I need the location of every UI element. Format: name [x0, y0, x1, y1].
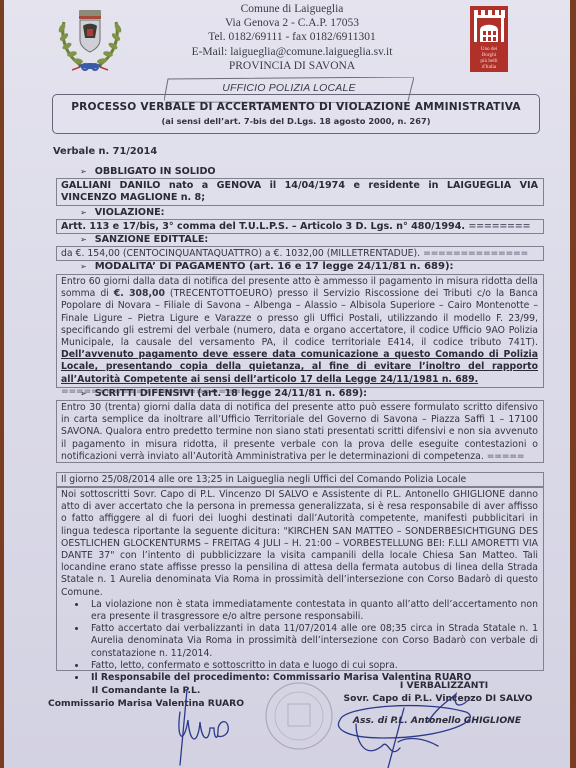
section-heading-sanzione: ➢SANZIONE EDITTALE: — [80, 234, 208, 245]
comune-address: Via Genova 2 - C.A.P. 17053 — [154, 16, 430, 30]
section-heading-violazione: ➢VIOLAZIONE: — [80, 207, 165, 218]
document-title: PROCESSO VERBALE DI ACCERTAMENTO DI VIOL… — [53, 101, 539, 113]
comune-crest-icon — [52, 4, 128, 76]
comandante-title: Il Comandante la P.L. — [46, 685, 246, 696]
scritti-box: Entro 30 (trenta) giorni dalla data di n… — [56, 400, 544, 463]
section-heading-pagamento: ➢MODALITA’ DI PAGAMENTO (art. 16 e 17 le… — [80, 261, 454, 272]
office-name: UFFICIO POLIZIA LOCALE — [164, 82, 414, 94]
comune-provincia: PROVINCIA DI SAVONA — [154, 59, 430, 73]
violazione-text: Artt. 113 e 17/bis, 3° comma del T.U.L.P… — [61, 221, 465, 232]
violazione-box: Artt. 113 e 17/bis, 3° comma del T.U.L.P… — [56, 219, 544, 234]
arrow-bullet-icon: ➢ — [80, 389, 87, 398]
narrative-bullets: La violazione non è stata immediatamente… — [61, 599, 538, 684]
arrow-bullet-icon: ➢ — [80, 167, 87, 176]
list-item: Fatto, letto, confermato e sottoscritto … — [87, 660, 538, 672]
arrow-bullet-icon: ➢ — [80, 262, 87, 271]
verbalizzanti-title: I VERBALIZZANTI — [334, 680, 554, 691]
verbale-number: Verbale n. 71/2014 — [53, 146, 157, 157]
section-heading-obbligato: ➢OBBLIGATO IN SOLIDO — [80, 166, 216, 177]
list-item: La violazione non è stata immediatamente… — [87, 599, 538, 623]
reduced-amount: €. 308,00 — [114, 288, 165, 299]
obbligato-box: GALLIANI DANILO nato a GENOVA il 14/04/1… — [56, 178, 544, 206]
comune-phone: Tel. 0182/69111 - fax 0182/6911301 — [154, 30, 430, 44]
arrow-bullet-icon: ➢ — [80, 208, 87, 217]
pagamento-box: Entro 60 giorni dalla data di notifica d… — [56, 274, 544, 388]
section-heading-scritti: ➢SCRITTI DIFENSIVI (art. 18 legge 24/11/… — [80, 388, 367, 399]
narrative-box: Noi sottoscritti Sovr. Capo di P.L. Vinc… — [56, 487, 544, 671]
payment-notice: Dell’avvenuto pagamento deve essere data… — [61, 349, 538, 384]
sanzione-text: da €. 154,00 (CENTOCINQUANTAQUATTRO) a €… — [61, 248, 420, 259]
verbalizzante-2: Ass. di P.L. Antonello GHIGLIONE — [322, 715, 552, 726]
date-line-box: Il giorno 25/08/2014 alle ore 13;25 in L… — [56, 472, 544, 487]
letterhead: Comune di Laigueglia Via Genova 2 - C.A.… — [4, 0, 570, 76]
document-title-box: PROCESSO VERBALE DI ACCERTAMENTO DI VIOL… — [52, 94, 540, 134]
document-page: Comune di Laigueglia Via Genova 2 - C.A.… — [4, 0, 570, 768]
borghi-piu-belli-icon: Uno dei Borghi più belli d'Italia — [470, 6, 508, 72]
verbalizzante-1: Sovr. Capo di P.L. Vincenzo DI SALVO — [318, 693, 558, 704]
list-item: Fatto accertato dai verbalizzanti in dat… — [87, 623, 538, 660]
document-subtitle: (ai sensi dell’art. 7-bis del D.Lgs. 18 … — [53, 116, 539, 126]
date-line: Il giorno 25/08/2014 alle ore 13;25 in L… — [61, 474, 466, 485]
comune-name: Comune di Laigueglia — [154, 2, 430, 16]
narrative-text: Noi sottoscritti Sovr. Capo di P.L. Vinc… — [61, 489, 538, 599]
svg-text:d'Italia: d'Italia — [482, 64, 497, 70]
arrow-bullet-icon: ➢ — [80, 235, 87, 244]
comune-email: E-Mail: laigueglia@comune.laigueglia.sv.… — [154, 45, 430, 59]
sanzione-box: da €. 154,00 (CENTOCINQUANTAQUATTRO) a €… — [56, 246, 544, 261]
obbligato-text: GALLIANI DANILO nato a GENOVA il 14/04/1… — [61, 180, 538, 203]
comandante-name: Commissario Marisa Valentina RUARO — [26, 698, 266, 709]
letterhead-address: Comune di Laigueglia Via Genova 2 - C.A.… — [154, 2, 430, 73]
